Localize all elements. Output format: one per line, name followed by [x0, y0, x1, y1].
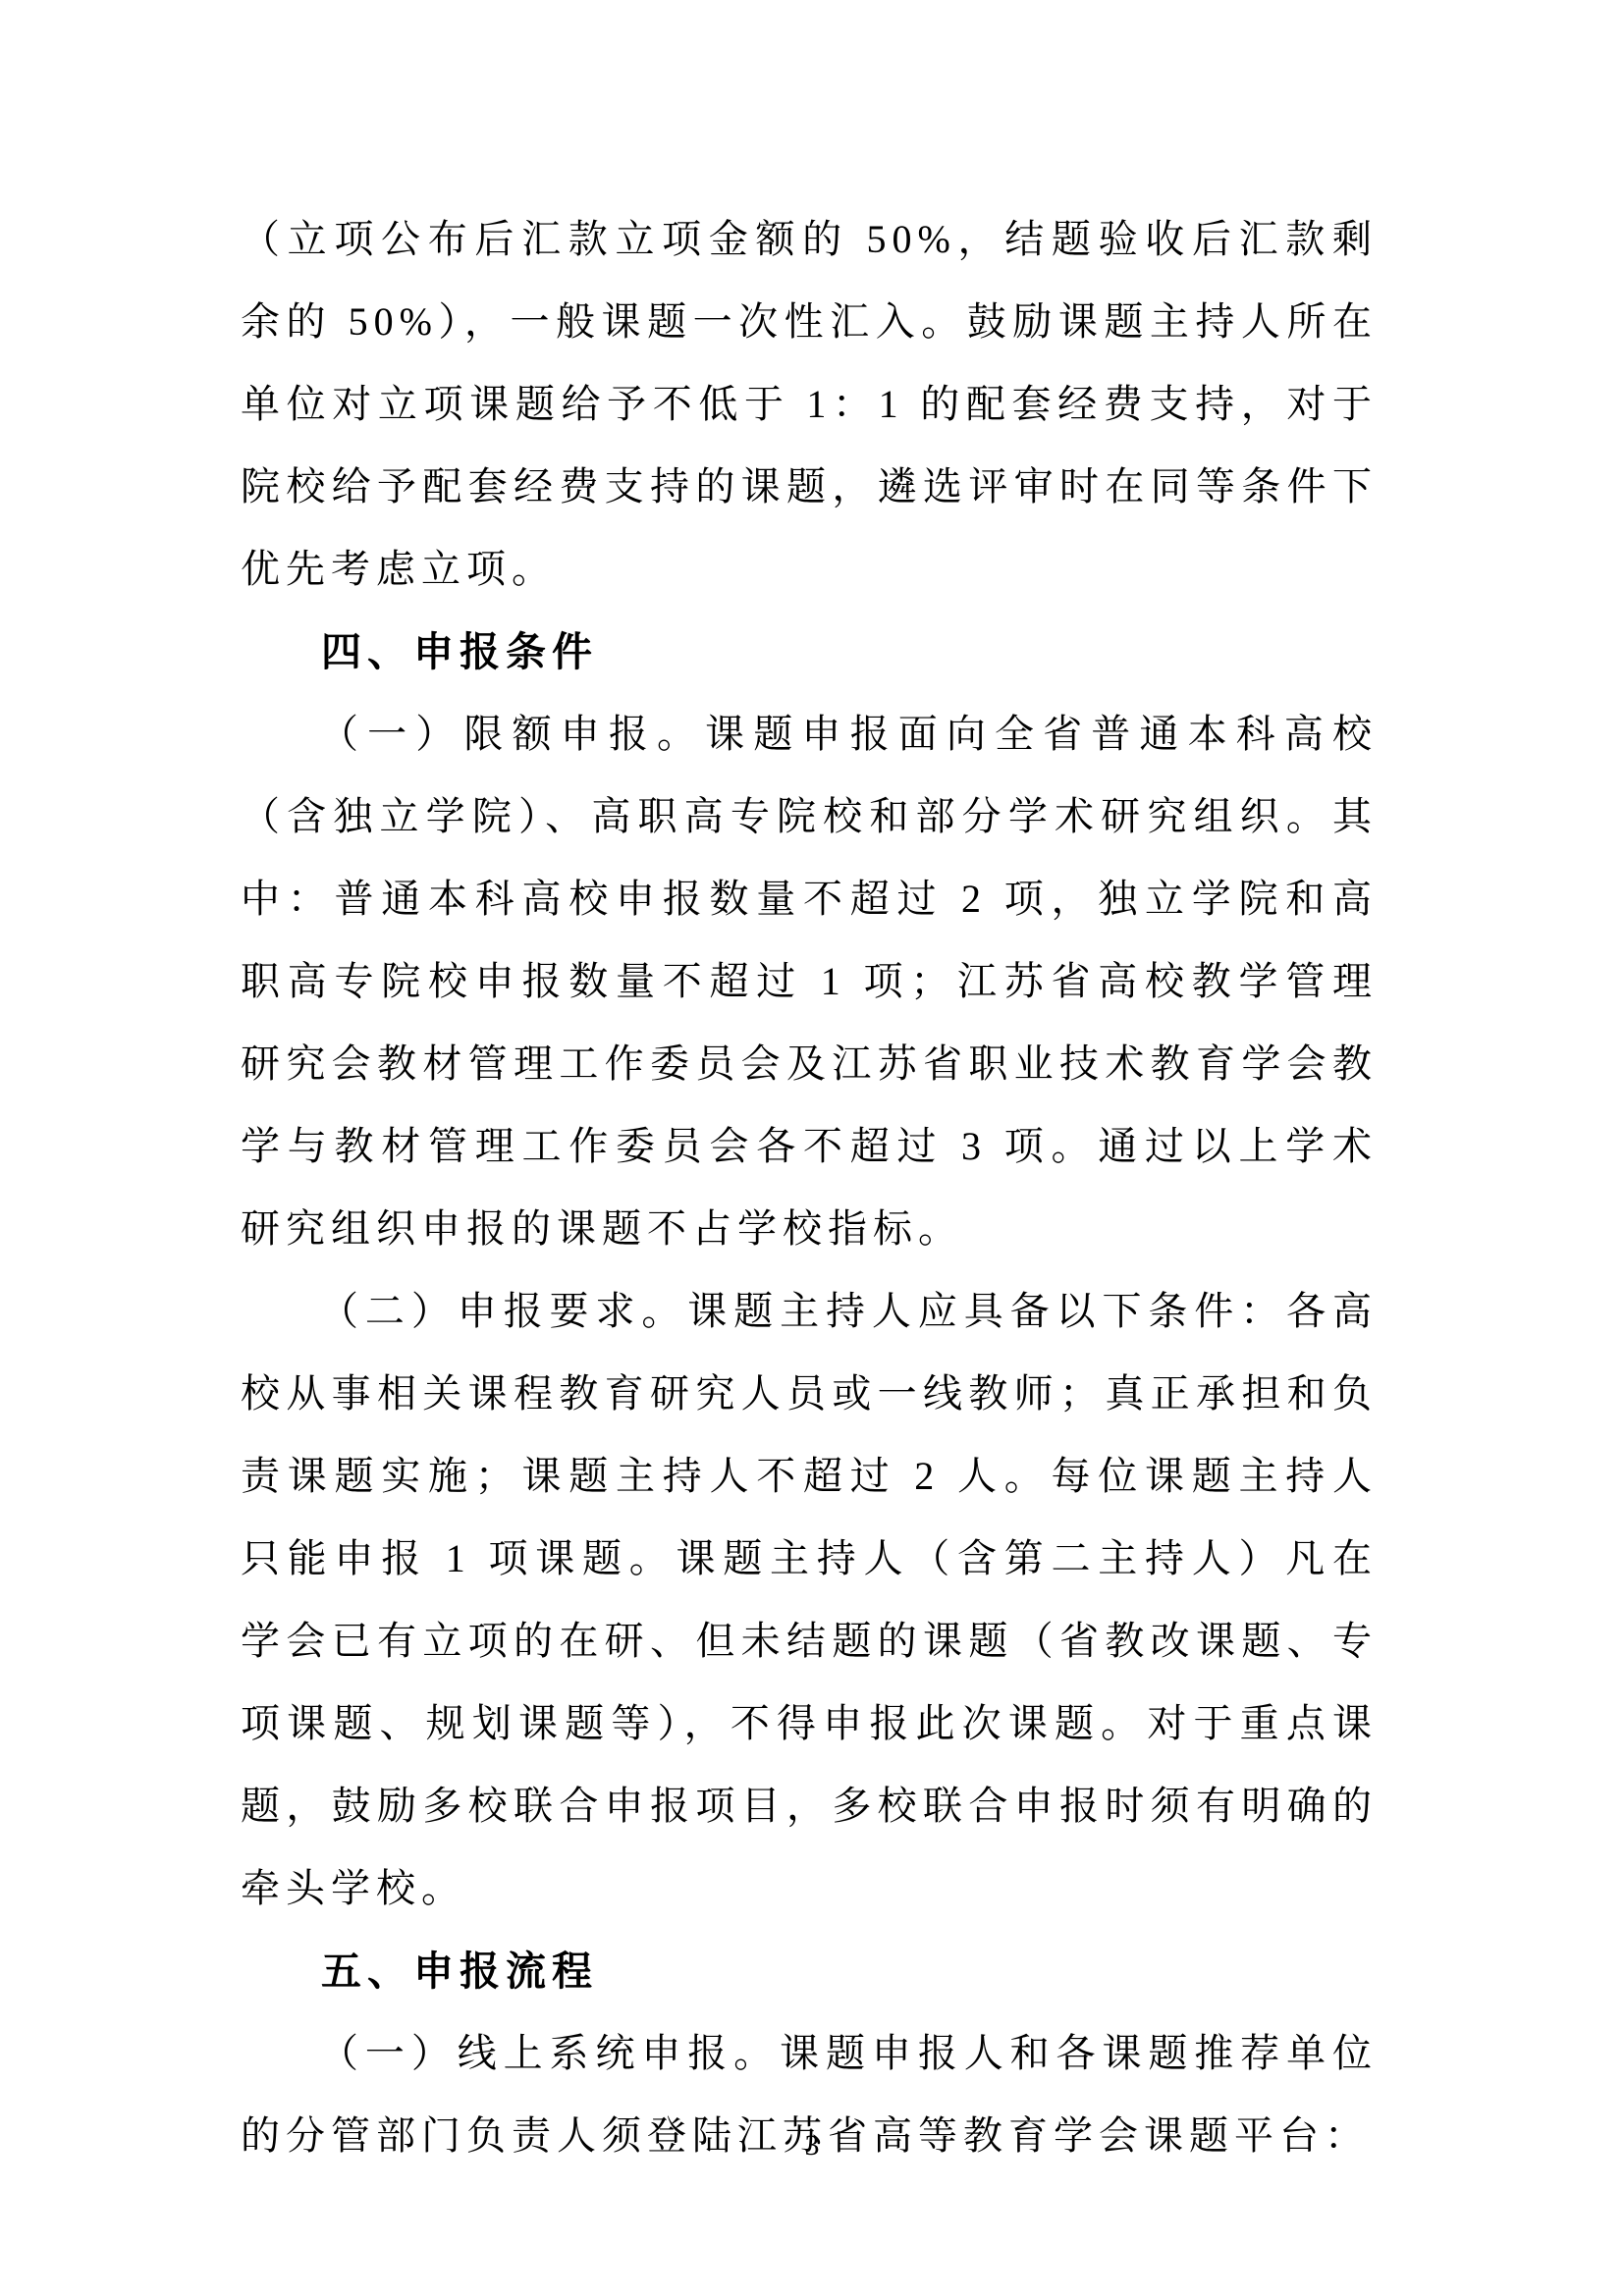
body-paragraph: （二）申报要求。课题主持人应具备以下条件：各高校从事相关课程教育研究人员或一线教… — [241, 1270, 1378, 1930]
page-number: 3 — [0, 2128, 1624, 2163]
section-heading: 四、申报条件 — [241, 611, 1378, 693]
section-heading: 五、申报流程 — [241, 1930, 1378, 2012]
body-paragraph: （一）限额申报。课题申报面向全省普通本科高校（含独立学院）、高职高专院校和部分学… — [241, 693, 1378, 1270]
body-paragraph: （立项公布后汇款立项金额的 50%，结题验收后汇款剩余的 50%），一般课题一次… — [241, 198, 1378, 611]
document-page: （立项公布后汇款立项金额的 50%，结题验收后汇款剩余的 50%），一般课题一次… — [0, 0, 1624, 2296]
document-body: （立项公布后汇款立项金额的 50%，结题验收后汇款剩余的 50%），一般课题一次… — [241, 198, 1378, 2177]
